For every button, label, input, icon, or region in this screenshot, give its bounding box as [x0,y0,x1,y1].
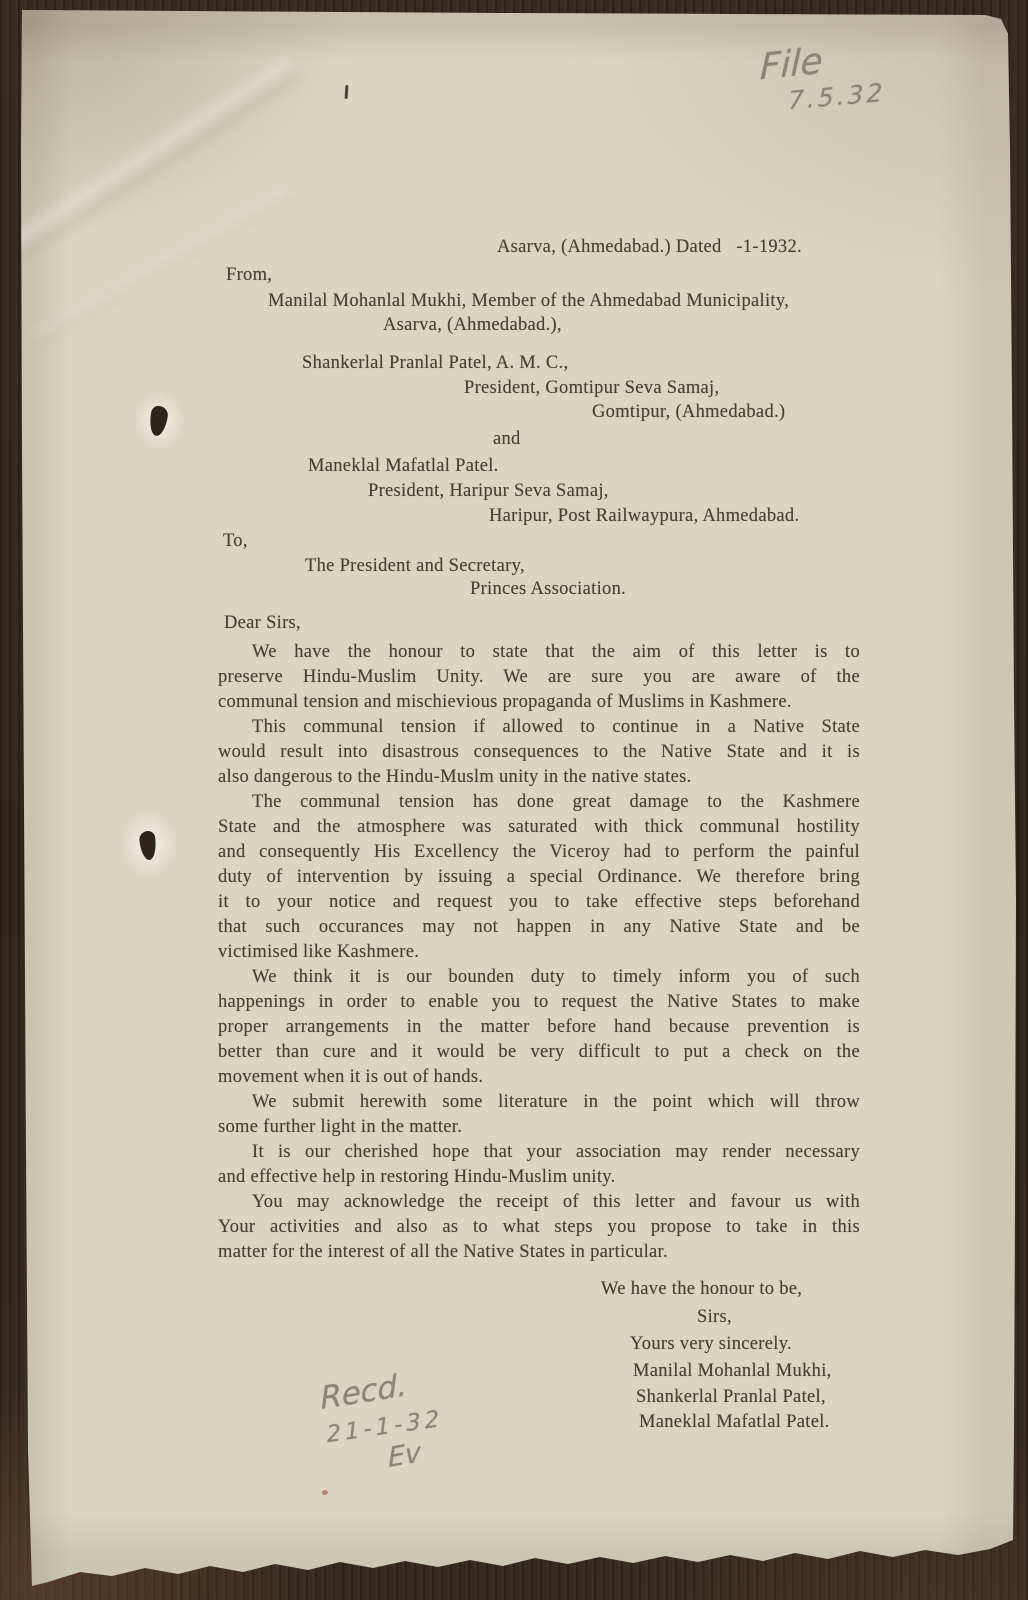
closing-line: Sirs, [697,1306,732,1328]
body-line: happenings in order to enable you to req… [218,990,860,1015]
ink-mark [345,85,349,99]
sender-line: Gomtipur, (Ahmedabad.) [592,401,785,423]
body-line: We think it is our bounden duty to timel… [218,965,860,990]
body-line: matter for the interest of all the Nativ… [218,1240,860,1265]
from-label: From, [226,264,272,286]
dateline: Asarva, (Ahmedabad.) Dated -1-1932. [497,236,802,258]
sender-line: Shankerlal Pranlal Patel, A. M. C., [302,352,568,374]
letter-paper: Asarva, (Ahmedabad.) Dated -1-1932. From… [0,0,1028,1600]
body-line: victimised like Kashmere. [218,940,860,965]
sender-line: Maneklal Mafatlal Patel. [308,455,499,477]
signatory: Shankerlal Pranlal Patel, [636,1386,826,1408]
body-line: that such occurances may not happen in a… [218,915,860,940]
sender-line: Haripur, Post Railwaypura, Ahmedabad. [489,505,799,527]
body-line: We have the honour to state that the aim… [218,640,860,665]
body-line: Your activities and also as to what step… [218,1215,860,1240]
body-line: duty of intervention by issuing a specia… [218,865,860,890]
body-line: some further light in the matter. [218,1115,860,1140]
body-line: State and the atmosphere was saturated w… [218,815,860,840]
paper-crease [9,58,300,260]
body-line: We submit herewith some literature in th… [218,1090,860,1115]
to-label: To, [223,530,248,552]
recipient-line: Princes Association. [470,578,626,600]
file-annotation: File [759,41,823,89]
paper-speck [322,1490,328,1495]
received-annotation: Recd. [320,1367,408,1417]
body-line: preserve Hindu-Muslim Unity. We are sure… [218,665,860,690]
body-line: communal tension and mischievious propag… [218,690,860,715]
closing-line: We have the honour to be, [601,1278,802,1300]
body-line: proper arrangements in the matter before… [218,1015,860,1040]
body-line: This communal tension if allowed to cont… [218,715,860,740]
body-line: The communal tension has done great dama… [218,790,860,815]
sender-line: Manilal Mohanlal Mukhi, Member of the Ah… [268,290,789,312]
sender-line: Asarva, (Ahmedabad.), [383,314,562,336]
recipient-line: The President and Secretary, [305,555,525,577]
body-line: better than cure and it would be very di… [218,1040,860,1065]
desk-background: Asarva, (Ahmedabad.) Dated -1-1932. From… [0,0,1028,1600]
body-line: movement when it is out of hands. [218,1065,860,1090]
signatory: Maneklal Mafatlal Patel. [639,1411,830,1433]
sender-line: President, Gomtipur Seva Samaj, [464,377,719,399]
body-line: it to your notice and request you to tak… [218,890,860,915]
body-line: and effective help in restoring Hindu-Mu… [218,1165,860,1190]
salutation: Dear Sirs, [224,612,301,634]
signatory: Manilal Mohanlal Mukhi, [633,1360,832,1382]
body-line: would result into disastrous consequence… [218,740,860,765]
sender-line: and [493,428,521,450]
received-initials: Ev [388,1437,422,1474]
sender-line: President, Haripur Seva Samaj, [368,480,609,502]
body-line: It is our cherished hope that your assoc… [218,1140,860,1165]
body-line: You may acknowledge the receipt of this … [218,1190,860,1215]
body-line: and consequently His Excellency the Vice… [218,840,860,865]
letter-body: We have the honour to state that the aim… [218,640,860,1265]
body-line: also dangerous to the Hindu-Muslm unity … [218,765,860,790]
closing-line: Yours very sincerely. [630,1333,792,1355]
